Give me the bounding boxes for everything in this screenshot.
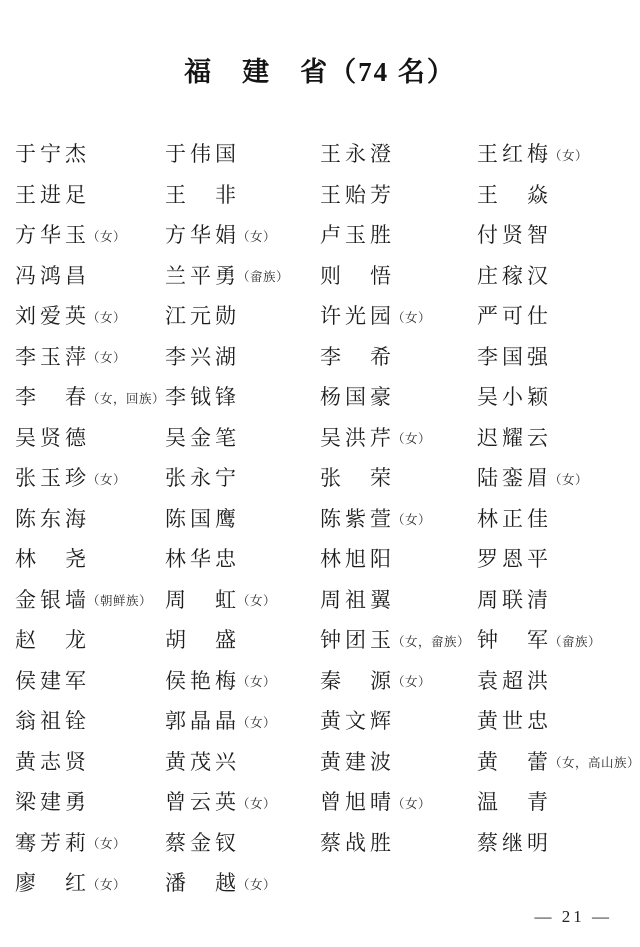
person-name: 侯艳梅 (165, 665, 240, 695)
name-entry: 张玉珍（女） (15, 457, 165, 498)
person-note: （女） (87, 345, 126, 366)
name-entry: 钟 军（畲族） (477, 619, 640, 660)
name-entry: 骞芳莉（女） (15, 822, 165, 863)
name-entry: 李兴湖 (165, 336, 320, 377)
name-entry: 王进足 (15, 174, 165, 215)
person-name: 王红梅 (477, 138, 552, 168)
name-entry: 胡 盛 (165, 619, 320, 660)
person-name: 钟 军 (477, 624, 552, 654)
person-name: 冯鸿昌 (15, 260, 90, 290)
person-note: （女） (87, 872, 126, 893)
name-entry: 许光园（女） (320, 295, 477, 336)
person-name: 林 尧 (15, 543, 90, 573)
person-note: （女） (87, 305, 126, 326)
name-entry: 兰平勇（畲族） (165, 255, 320, 296)
name-entry: 于伟国 (165, 133, 320, 174)
name-roster: 于宁杰于伟国王永澄王红梅（女）王进足王 非王贻芳王 焱方华玉（女）方华娟（女）卢… (0, 133, 640, 903)
person-name: 王 非 (165, 179, 240, 209)
name-entry: 吴洪芹（女） (320, 417, 477, 458)
person-name: 廖 红 (15, 867, 90, 897)
person-note: （女） (549, 143, 588, 164)
person-name: 李国强 (477, 341, 552, 371)
person-name: 张 荣 (320, 462, 395, 492)
person-note: （女，高山族） (549, 750, 640, 771)
name-entry: 李国强 (477, 336, 640, 377)
name-entry: 蔡继明 (477, 822, 640, 863)
name-entry: 张 荣 (320, 457, 477, 498)
person-name: 梁建勇 (15, 786, 90, 816)
name-entry: 杨国豪 (320, 376, 477, 417)
person-name: 刘爱英 (15, 300, 90, 330)
person-name: 李玉萍 (15, 341, 90, 371)
name-entry: 江元勋 (165, 295, 320, 336)
name-entry: 黄世忠 (477, 700, 640, 741)
person-name: 赵 龙 (15, 624, 90, 654)
person-name: 温 青 (477, 786, 552, 816)
person-name: 江元勋 (165, 300, 240, 330)
name-entry: 林旭阳 (320, 538, 477, 579)
name-entry: 郭晶晶（女） (165, 700, 320, 741)
person-name: 则 悟 (320, 260, 395, 290)
person-name: 林正佳 (477, 503, 552, 533)
person-name: 吴贤德 (15, 422, 90, 452)
person-name: 吴小颖 (477, 381, 552, 411)
name-entry: 黄茂兴 (165, 741, 320, 782)
name-entry: 潘 越（女） (165, 862, 320, 903)
person-name: 翁祖铨 (15, 705, 90, 735)
name-entry: 廖 红（女） (15, 862, 165, 903)
name-entry: 王 非 (165, 174, 320, 215)
name-entry: 庄稼汉 (477, 255, 640, 296)
name-entry: 吴金笔 (165, 417, 320, 458)
person-name: 金银墙 (15, 584, 90, 614)
name-entry: 李 春（女，回族） (15, 376, 165, 417)
person-note: （女） (237, 872, 276, 893)
person-name: 陈东海 (15, 503, 90, 533)
name-entry: 曾旭晴（女） (320, 781, 477, 822)
person-name: 林华忠 (165, 543, 240, 573)
name-entry: 黄 蕾（女，高山族） (477, 741, 640, 782)
name-entry: 周祖翼 (320, 579, 477, 620)
name-entry: 陆銮眉（女） (477, 457, 640, 498)
person-note: （畲族） (549, 629, 601, 650)
person-name: 潘 越 (165, 867, 240, 897)
name-entry: 林华忠 (165, 538, 320, 579)
person-note: （女） (549, 467, 588, 488)
name-entry: 袁超洪 (477, 660, 640, 701)
person-name: 曾云英 (165, 786, 240, 816)
person-name: 黄建波 (320, 746, 395, 776)
person-note: （朝鲜族） (87, 588, 152, 609)
page-footer: — 21 — (535, 907, 613, 927)
name-entry: 王永澄 (320, 133, 477, 174)
person-note: （女） (237, 710, 276, 731)
name-entry: 付贤智 (477, 214, 640, 255)
person-note: （女） (237, 791, 276, 812)
person-name: 李钺锋 (165, 381, 240, 411)
name-entry: 赵 龙 (15, 619, 165, 660)
person-name: 陈紫萱 (320, 503, 395, 533)
person-name: 方华娟 (165, 219, 240, 249)
name-entry: 周 虹（女） (165, 579, 320, 620)
person-note: （女） (392, 305, 431, 326)
person-name: 吴金笔 (165, 422, 240, 452)
person-note: （女，回族） (87, 386, 165, 407)
person-name: 于伟国 (165, 138, 240, 168)
person-name: 严可仕 (477, 300, 552, 330)
name-entry: 陈东海 (15, 498, 165, 539)
person-name: 王 焱 (477, 179, 552, 209)
name-entry: 李钺锋 (165, 376, 320, 417)
name-entry: 刘爱英（女） (15, 295, 165, 336)
person-note: （畲族） (237, 264, 289, 285)
person-note: （女，畲族） (392, 629, 470, 650)
name-entry: 冯鸿昌 (15, 255, 165, 296)
person-name: 蔡战胜 (320, 827, 395, 857)
person-note: （女） (392, 791, 431, 812)
name-entry: 陈国鹰 (165, 498, 320, 539)
name-entry: 黄建波 (320, 741, 477, 782)
name-entry: 林正佳 (477, 498, 640, 539)
name-entry: 黄志贤 (15, 741, 165, 782)
name-entry: 林 尧 (15, 538, 165, 579)
name-entry: 金银墙（朝鲜族） (15, 579, 165, 620)
person-name: 黄文辉 (320, 705, 395, 735)
name-entry: 严可仕 (477, 295, 640, 336)
name-entry: 李玉萍（女） (15, 336, 165, 377)
page-number: — 21 — (535, 907, 613, 926)
person-note: （女） (87, 467, 126, 488)
name-entry: 王 焱 (477, 174, 640, 215)
name-entry: 吴小颖 (477, 376, 640, 417)
name-entry: 方华玉（女） (15, 214, 165, 255)
name-entry: 黄文辉 (320, 700, 477, 741)
person-name: 曾旭晴 (320, 786, 395, 816)
name-entry: 温 青 (477, 781, 640, 822)
name-entry: 方华娟（女） (165, 214, 320, 255)
person-name: 黄世忠 (477, 705, 552, 735)
name-entry: 王红梅（女） (477, 133, 640, 174)
person-name: 侯建军 (15, 665, 90, 695)
person-note: （女） (237, 669, 276, 690)
person-name: 周祖翼 (320, 584, 395, 614)
person-name: 周 虹 (165, 584, 240, 614)
person-name: 蔡金钗 (165, 827, 240, 857)
name-entry: 王贻芳 (320, 174, 477, 215)
name-entry: 于宁杰 (15, 133, 165, 174)
person-name: 秦 源 (320, 665, 395, 695)
name-entry: 吴贤德 (15, 417, 165, 458)
name-entry: 周联清 (477, 579, 640, 620)
page-title: 福 建 省（74 名） (0, 0, 640, 89)
person-name: 胡 盛 (165, 624, 240, 654)
name-entry: 张永宁 (165, 457, 320, 498)
person-name: 陆銮眉 (477, 462, 552, 492)
name-entry: 罗恩平 (477, 538, 640, 579)
person-name: 庄稼汉 (477, 260, 552, 290)
person-name: 罗恩平 (477, 543, 552, 573)
name-entry: 卢玉胜 (320, 214, 477, 255)
person-name: 王进足 (15, 179, 90, 209)
name-entry: 蔡战胜 (320, 822, 477, 863)
name-entry: 蔡金钗 (165, 822, 320, 863)
person-note: （女） (87, 224, 126, 245)
person-name: 李 春 (15, 381, 90, 411)
person-name: 张永宁 (165, 462, 240, 492)
person-name: 兰平勇 (165, 260, 240, 290)
name-entry: 翁祖铨 (15, 700, 165, 741)
person-name: 钟团玉 (320, 624, 395, 654)
person-note: （女） (392, 669, 431, 690)
name-entry: 陈紫萱（女） (320, 498, 477, 539)
name-entry: 则 悟 (320, 255, 477, 296)
person-name: 黄 蕾 (477, 746, 552, 776)
name-entry: 钟团玉（女，畲族） (320, 619, 477, 660)
person-name: 于宁杰 (15, 138, 90, 168)
person-name: 黄茂兴 (165, 746, 240, 776)
person-name: 卢玉胜 (320, 219, 395, 249)
name-entry: 侯建军 (15, 660, 165, 701)
document-page: 福 建 省（74 名） 于宁杰于伟国王永澄王红梅（女）王进足王 非王贻芳王 焱方… (0, 0, 640, 947)
name-entry: 李 希 (320, 336, 477, 377)
person-name: 吴洪芹 (320, 422, 395, 452)
person-name: 林旭阳 (320, 543, 395, 573)
person-note: （女） (87, 831, 126, 852)
person-name: 方华玉 (15, 219, 90, 249)
name-entry: 侯艳梅（女） (165, 660, 320, 701)
person-name: 骞芳莉 (15, 827, 90, 857)
person-name: 张玉珍 (15, 462, 90, 492)
person-name: 王永澄 (320, 138, 395, 168)
person-note: （女） (392, 426, 431, 447)
person-name: 王贻芳 (320, 179, 395, 209)
person-name: 李 希 (320, 341, 395, 371)
person-name: 袁超洪 (477, 665, 552, 695)
name-entry: 曾云英（女） (165, 781, 320, 822)
person-note: （女） (392, 507, 431, 528)
person-name: 蔡继明 (477, 827, 552, 857)
name-entry: 迟耀云 (477, 417, 640, 458)
person-name: 陈国鹰 (165, 503, 240, 533)
person-name: 郭晶晶 (165, 705, 240, 735)
person-note: （女） (237, 224, 276, 245)
person-note: （女） (237, 588, 276, 609)
name-entry: 梁建勇 (15, 781, 165, 822)
person-name: 黄志贤 (15, 746, 90, 776)
person-name: 许光园 (320, 300, 395, 330)
person-name: 李兴湖 (165, 341, 240, 371)
name-entry: 秦 源（女） (320, 660, 477, 701)
person-name: 迟耀云 (477, 422, 552, 452)
person-name: 杨国豪 (320, 381, 395, 411)
person-name: 付贤智 (477, 219, 552, 249)
person-name: 周联清 (477, 584, 552, 614)
